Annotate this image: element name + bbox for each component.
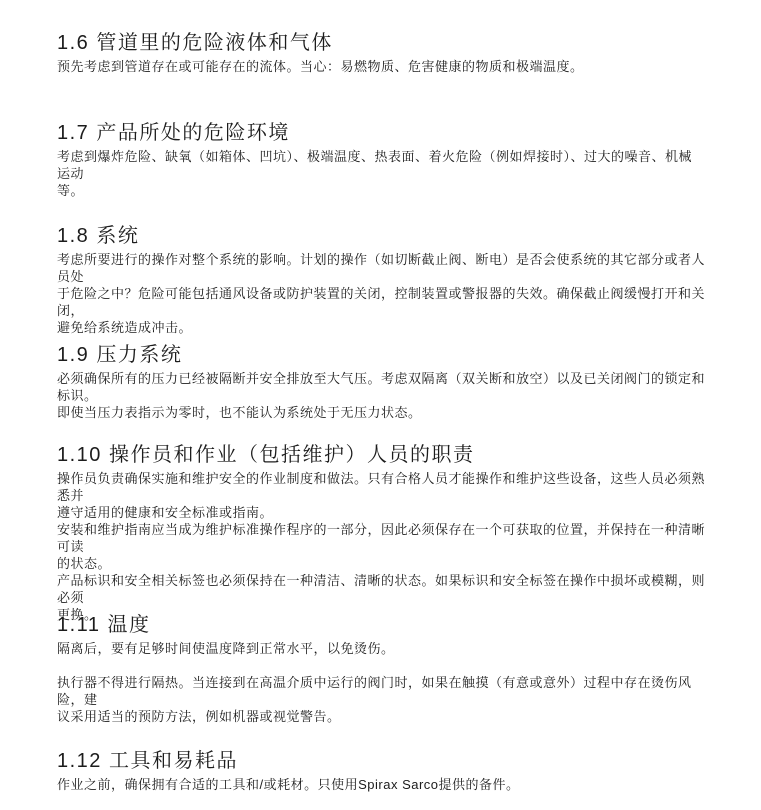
section-1-9-heading: 1.9 压力系统 [57,344,705,366]
section-1-10-paragraph-2: 安装和维护指南应当成为维护标准操作程序的一部分，因此必须保存在一个可获取的位置，… [57,521,705,572]
section-1-6-paragraph: 预先考虑到管道存在或可能存在的流体。当心：易燃物质、危害健康的物质和极端温度。 [57,58,705,75]
section-1-9-paragraph: 必须确保所有的压力已经被隔断并安全排放至大气压。考虑双隔离（双关断和放空）以及已… [57,370,705,421]
section-1-6: 1.6 管道里的危险液体和气体 预先考虑到管道存在或可能存在的流体。当心：易燃物… [57,32,705,75]
section-1-11-heading: 1.11 温度 [57,614,705,636]
section-1-8-heading: 1.8 系统 [57,225,705,247]
section-1-11: 1.11 温度 隔离后，要有足够时间使温度降到正常水平，以免烫伤。 执行器不得进… [57,614,705,725]
section-1-10-heading: 1.10 操作员和作业（包括维护）人员的职责 [57,444,705,466]
section-1-7-heading: 1.7 产品所处的危险环境 [57,122,705,144]
section-1-12-heading: 1.12 工具和易耗品 [57,750,705,772]
section-1-12-paragraph: 作业之前，确保拥有合适的工具和/或耗材。只使用Spirax Sarco提供的备件… [57,776,705,793]
section-1-6-heading: 1.6 管道里的危险液体和气体 [57,32,705,54]
section-1-10: 1.10 操作员和作业（包括维护）人员的职责 操作员负责确保实施和维护安全的作业… [57,444,705,623]
section-1-7: 1.7 产品所处的危险环境 考虑到爆炸危险、缺氧（如箱体、凹坑）、极端温度、热表… [57,122,705,199]
section-1-9: 1.9 压力系统 必须确保所有的压力已经被隔断并安全排放至大气压。考虑双隔离（双… [57,344,705,421]
section-1-11-paragraph-1: 隔离后，要有足够时间使温度降到正常水平，以免烫伤。 [57,640,705,657]
section-1-12: 1.12 工具和易耗品 作业之前，确保拥有合适的工具和/或耗材。只使用Spira… [57,750,705,793]
section-1-8: 1.8 系统 考虑所要进行的操作对整个系统的影响。计划的操作（如切断截止阀、断电… [57,225,705,336]
section-1-8-paragraph: 考虑所要进行的操作对整个系统的影响。计划的操作（如切断截止阀、断电）是否会使系统… [57,251,705,336]
section-1-11-paragraph-2: 执行器不得进行隔热。当连接到在高温介质中运行的阀门时，如果在触摸（有意或意外）过… [57,674,705,725]
document-page: 1.6 管道里的危险液体和气体 预先考虑到管道存在或可能存在的流体。当心：易燃物… [0,0,761,810]
section-1-7-paragraph: 考虑到爆炸危险、缺氧（如箱体、凹坑）、极端温度、热表面、着火危险（例如焊接时）、… [57,148,705,199]
section-1-10-paragraph-1: 操作员负责确保实施和维护安全的作业制度和做法。只有合格人员才能操作和维护这些设备… [57,470,705,521]
